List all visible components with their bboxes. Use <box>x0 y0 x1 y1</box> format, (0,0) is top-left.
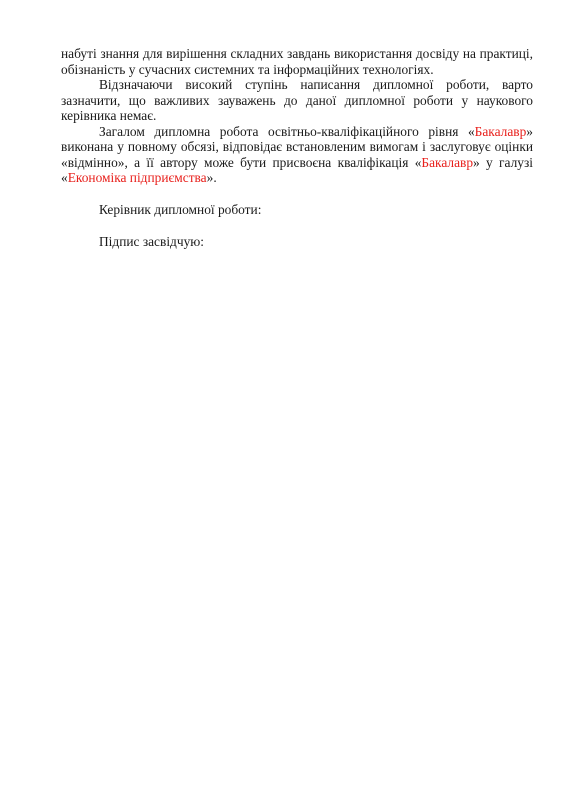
document-page: набуті знання для вирішення складних зав… <box>61 46 533 250</box>
degree-level-highlight: Бакалавр <box>475 124 527 139</box>
paragraph-knowledge: набуті знання для вирішення складних зав… <box>61 46 533 77</box>
certify-signature-label: Підпис засвідчую: <box>61 234 533 250</box>
qualification-highlight: Бакалавр <box>421 155 473 170</box>
paragraph-conclusion: Загалом дипломна робота освітньо-кваліфі… <box>61 124 533 186</box>
conclusion-text-1: Загалом дипломна робота освітньо-кваліфі… <box>99 124 475 139</box>
field-highlight: Економіка підприємства <box>68 170 207 185</box>
conclusion-text-4: ». <box>207 170 217 185</box>
paragraph-evaluation: Відзначаючи високий ступінь написання ди… <box>61 77 533 124</box>
supervisor-signature-label: Керівник дипломної роботи: <box>61 202 533 218</box>
